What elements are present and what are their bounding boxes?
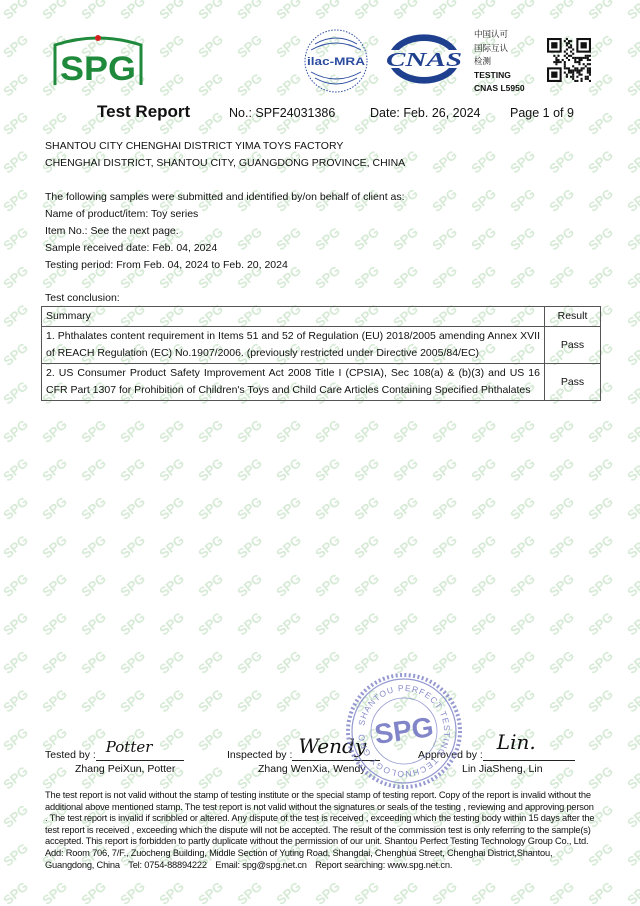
svg-text:SPG: SPG [273, 455, 304, 484]
svg-text:SPG: SPG [0, 763, 31, 792]
svg-text:SPG: SPG [234, 417, 265, 446]
svg-text:SPG: SPG [429, 224, 460, 253]
svg-text:SPG: SPG [312, 879, 343, 906]
svg-text:SPG: SPG [0, 532, 31, 561]
svg-text:SPG: SPG [546, 494, 577, 523]
svg-text:SPG: SPG [624, 532, 640, 561]
svg-text:SPG: SPG [0, 109, 31, 138]
svg-text:SPG: SPG [234, 609, 265, 638]
svg-text:SPG: SPG [39, 417, 70, 446]
svg-text:SPG: SPG [156, 532, 187, 561]
svg-text:SPG: SPG [117, 0, 148, 22]
svg-text:SPG: SPG [351, 455, 382, 484]
svg-text:SPG: SPG [429, 417, 460, 446]
svg-text:SPG: SPG [390, 879, 421, 906]
svg-text:SPG: SPG [39, 109, 70, 138]
page-indicator: Page 1 of 9 [510, 106, 574, 120]
svg-text:SPG: SPG [39, 532, 70, 561]
svg-text:SPG: SPG [273, 32, 304, 61]
svg-text:SPG: SPG [624, 224, 640, 253]
qr-code-icon[interactable] [547, 38, 591, 82]
svg-text:SPG: SPG [585, 725, 616, 754]
svg-text:SPG: SPG [585, 686, 616, 715]
svg-text:SPG: SPG [234, 32, 265, 61]
svg-text:SPG: SPG [0, 301, 31, 330]
svg-text:SPG: SPG [624, 301, 640, 330]
svg-text:SPG: SPG [312, 532, 343, 561]
svg-text:SPG: SPG [468, 648, 499, 677]
svg-text:SPG: SPG [0, 224, 31, 253]
report-number: No.: SPF24031386 [229, 106, 335, 120]
svg-text:SPG: SPG [351, 417, 382, 446]
svg-text:SPG: SPG [156, 571, 187, 600]
svg-text:SPG: SPG [429, 147, 460, 176]
result-cell: Pass [545, 364, 601, 401]
table-row: 2. US Consumer Product Safety Improvemen… [42, 364, 601, 401]
approved-signature-line: Lin. [483, 746, 575, 761]
svg-text:SPG: SPG [351, 571, 382, 600]
footer-disclaimer: The test report is not valid without the… [45, 790, 598, 871]
svg-text:SPG: SPG [585, 224, 616, 253]
client-block: SHANTOU CITY CHENGHAI DISTRICT YIMA TOYS… [45, 138, 405, 172]
samples-intro: The following samples were submitted and… [45, 189, 405, 206]
svg-text:SPG: SPG [0, 840, 31, 869]
approved-signature: Lin. [497, 730, 536, 754]
svg-text:SPG: SPG [0, 455, 31, 484]
item-number: Item No.: See the next page. [45, 223, 405, 240]
svg-text:SPG: SPG [0, 0, 31, 22]
svg-text:SPG: SPG [0, 70, 31, 99]
svg-text:SPG: SPG [195, 455, 226, 484]
svg-text:SPG: SPG [195, 32, 226, 61]
svg-text:SPG: SPG [351, 609, 382, 638]
svg-text:SPG: SPG [234, 686, 265, 715]
cnas-accreditation-text: 中国认可 国际互认 检测 TESTING CNAS L5950 [474, 28, 525, 96]
svg-text:SPG: SPG [507, 686, 538, 715]
svg-text:SPG: SPG [390, 494, 421, 523]
ilac-mra-logo: ilac-MRA [303, 28, 369, 94]
svg-text:SPG: SPG [468, 186, 499, 215]
svg-text:SPG: SPG [390, 417, 421, 446]
svg-text:SPG: SPG [585, 763, 616, 792]
svg-text:SPG: SPG [624, 763, 640, 792]
svg-text:SPG: SPG [429, 263, 460, 292]
svg-text:SPG: SPG [195, 686, 226, 715]
svg-text:SPG: SPG [234, 455, 265, 484]
svg-text:SPG: SPG [624, 725, 640, 754]
svg-text:SPG: SPG [0, 609, 31, 638]
svg-text:SPG: SPG [429, 609, 460, 638]
svg-text:SPG: SPG [312, 417, 343, 446]
svg-text:SPG: SPG [624, 455, 640, 484]
svg-text:SPG: SPG [117, 571, 148, 600]
svg-text:SPG: SPG [624, 32, 640, 61]
svg-text:SPG: SPG [156, 417, 187, 446]
svg-text:SPG: SPG [234, 648, 265, 677]
result-header: Result [545, 307, 601, 327]
svg-text:SPG: SPG [195, 879, 226, 906]
svg-text:SPG: SPG [195, 417, 226, 446]
svg-text:SPG: SPG [507, 494, 538, 523]
testing-label: TESTING [474, 69, 525, 83]
client-name: SHANTOU CITY CHENGHAI DISTRICT YIMA TOYS… [45, 138, 405, 155]
svg-text:SPG: SPG [624, 147, 640, 176]
svg-text:SPG: SPG [585, 147, 616, 176]
tested-by-label: Tested by : [45, 749, 96, 761]
svg-text:SPG: SPG [624, 417, 640, 446]
svg-text:SPG: SPG [78, 571, 109, 600]
svg-text:SPG: SPG [195, 70, 226, 99]
svg-text:SPG: SPG [273, 609, 304, 638]
tested-signature: Potter [106, 738, 153, 756]
svg-text:SPG: SPG [468, 609, 499, 638]
svg-text:SPG: SPG [0, 802, 31, 831]
tester-name: Zhang PeiXun, Potter [45, 761, 184, 777]
svg-text:SPG: SPG [78, 609, 109, 638]
svg-text:SPG: SPG [39, 455, 70, 484]
spg-logo: SPG [52, 33, 144, 87]
result-cell: Pass [545, 327, 601, 364]
cnas-logo: CNAS [383, 30, 465, 88]
svg-text:SPG: SPG [39, 571, 70, 600]
svg-text:SPG: SPG [273, 686, 304, 715]
svg-text:SPG: SPG [78, 417, 109, 446]
summary-header: Summary [42, 307, 545, 327]
svg-text:SPG: SPG [312, 648, 343, 677]
svg-text:SPG: SPG [117, 455, 148, 484]
svg-text:SPG: SPG [234, 879, 265, 906]
svg-text:SPG: SPG [624, 686, 640, 715]
svg-text:SPG: SPG [195, 763, 226, 792]
svg-text:SPG: SPG [78, 0, 109, 22]
svg-text:SPG: SPG [0, 263, 31, 292]
summary-cell: 1. Phthalates content requirement in Ite… [42, 327, 545, 364]
svg-text:SPG: SPG [156, 686, 187, 715]
svg-text:SPG: SPG [351, 494, 382, 523]
tel-text: Tel: 0754-88894222 [128, 860, 207, 870]
cnas-number: CNAS L5950 [474, 82, 525, 96]
svg-text:SPG: SPG [273, 417, 304, 446]
svg-text:SPG: SPG [351, 532, 382, 561]
svg-text:SPG: SPG [0, 378, 31, 407]
svg-text:SPG: SPG [624, 840, 640, 869]
svg-text:SPG: SPG [546, 147, 577, 176]
svg-text:SPG: SPG [156, 70, 187, 99]
svg-text:SPG: SPG [78, 686, 109, 715]
svg-text:SPG: SPG [507, 417, 538, 446]
svg-text:SPG: SPG [0, 571, 31, 600]
svg-text:SPG: SPG [195, 609, 226, 638]
tested-signature-line: Potter [96, 746, 184, 761]
svg-text:SPG: SPG [39, 494, 70, 523]
svg-text:SPG: SPG [117, 648, 148, 677]
cn-line-2: 国际互认 [474, 42, 525, 56]
svg-text:SPG: SPG [507, 147, 538, 176]
svg-text:SPG: SPG [507, 263, 538, 292]
svg-text:SPG: SPG [546, 686, 577, 715]
svg-text:SPG: SPG [624, 571, 640, 600]
svg-text:SPG: SPG [429, 532, 460, 561]
conclusion-table: Summary Result 1. Phthalates content req… [41, 306, 601, 401]
company-seal-stamp: SHANTOU PERFECT TESTING TECHNOLOGY GROUP… [345, 672, 463, 790]
svg-text:SPG: SPG [117, 686, 148, 715]
svg-text:SPG: SPG [624, 0, 640, 22]
svg-text:SPG: SPG [546, 417, 577, 446]
svg-text:SPG: SPG [234, 70, 265, 99]
table-row: 1. Phthalates content requirement in Ite… [42, 327, 601, 364]
svg-text:SPG: SPG [585, 263, 616, 292]
svg-text:SPG: SPG [234, 0, 265, 22]
svg-text:SPG: SPG [507, 455, 538, 484]
svg-text:SPG: SPG [312, 571, 343, 600]
svg-text:SPG: SPG [585, 109, 616, 138]
svg-text:SPG: SPG [60, 50, 136, 87]
svg-text:SPG: SPG [624, 609, 640, 638]
svg-text:SPG: SPG [78, 648, 109, 677]
svg-text:SPG: SPG [273, 494, 304, 523]
svg-text:SPG: SPG [546, 648, 577, 677]
svg-text:SPG: SPG [390, 532, 421, 561]
email-link[interactable]: Email: spg@spg.net.cn [215, 860, 307, 870]
svg-text:SPG: SPG [0, 340, 31, 369]
svg-text:SPG: SPG [546, 186, 577, 215]
svg-text:SPG: SPG [624, 378, 640, 407]
table-header-row: Summary Result [42, 307, 601, 327]
svg-text:SPG: SPG [156, 879, 187, 906]
cn-line-1: 中国认可 [474, 28, 525, 42]
svg-text:SPG: SPG [546, 532, 577, 561]
svg-text:SPG: SPG [507, 609, 538, 638]
svg-text:SPG: SPG [351, 0, 382, 22]
svg-text:SPG: SPG [624, 70, 640, 99]
svg-text:SPG: SPG [546, 879, 577, 906]
svg-text:SPG: SPG [195, 725, 226, 754]
svg-text:SPG: SPG [117, 609, 148, 638]
report-title: Test Report [97, 102, 190, 122]
svg-text:SPG: SPG [78, 455, 109, 484]
svg-text:SPG: SPG [372, 711, 435, 750]
product-name: Name of product/item: Toy series [45, 206, 405, 223]
report-date: Date: Feb. 26, 2024 [370, 106, 481, 120]
svg-text:SPG: SPG [585, 0, 616, 22]
svg-text:SPG: SPG [234, 532, 265, 561]
svg-text:SPG: SPG [195, 648, 226, 677]
svg-text:SPG: SPG [78, 494, 109, 523]
svg-text:SPG: SPG [117, 417, 148, 446]
svg-text:SPG: SPG [351, 879, 382, 906]
svg-text:SPG: SPG [0, 686, 31, 715]
svg-text:SPG: SPG [0, 879, 31, 906]
svg-text:SPG: SPG [234, 571, 265, 600]
svg-text:SPG: SPG [0, 648, 31, 677]
svg-text:SPG: SPG [273, 648, 304, 677]
svg-text:SPG: SPG [312, 686, 343, 715]
svg-text:SPG: SPG [429, 186, 460, 215]
svg-text:SPG: SPG [507, 648, 538, 677]
svg-text:SPG: SPG [156, 32, 187, 61]
svg-text:SPG: SPG [0, 147, 31, 176]
svg-text:SPG: SPG [234, 494, 265, 523]
svg-text:SPG: SPG [312, 0, 343, 22]
svg-text:SPG: SPG [429, 879, 460, 906]
svg-text:SPG: SPG [585, 648, 616, 677]
svg-text:SPG: SPG [507, 532, 538, 561]
svg-text:SPG: SPG [0, 494, 31, 523]
svg-text:SPG: SPG [78, 879, 109, 906]
svg-text:SPG: SPG [273, 0, 304, 22]
svg-text:SPG: SPG [39, 648, 70, 677]
svg-text:SPG: SPG [507, 879, 538, 906]
conclusion-label: Test conclusion: [45, 290, 120, 307]
svg-text:SPG: SPG [624, 648, 640, 677]
svg-text:SPG: SPG [273, 571, 304, 600]
svg-text:SPG: SPG [429, 0, 460, 22]
svg-text:SPG: SPG [624, 879, 640, 906]
svg-text:SPG: SPG [468, 263, 499, 292]
svg-text:SPG: SPG [585, 417, 616, 446]
inspected-by-label: Inspected by : [227, 749, 292, 761]
svg-text:CNAS: CNAS [386, 49, 462, 71]
svg-text:SPG: SPG [546, 263, 577, 292]
svg-text:SPG: SPG [507, 0, 538, 22]
svg-text:SPG: SPG [429, 455, 460, 484]
svg-text:SPG: SPG [0, 725, 31, 754]
svg-text:SPG: SPG [624, 802, 640, 831]
report-search-link[interactable]: Report searching: www.spg.net.cn. [315, 860, 452, 870]
svg-text:SPG: SPG [468, 417, 499, 446]
svg-text:SPG: SPG [39, 686, 70, 715]
svg-text:SPG: SPG [156, 455, 187, 484]
svg-text:SPG: SPG [273, 879, 304, 906]
svg-text:SPG: SPG [585, 532, 616, 561]
svg-text:SPG: SPG [39, 0, 70, 22]
svg-text:SPG: SPG [468, 879, 499, 906]
svg-text:SPG: SPG [390, 455, 421, 484]
svg-text:SPG: SPG [585, 609, 616, 638]
cn-line-3: 检测 [474, 55, 525, 69]
svg-text:SPG: SPG [429, 494, 460, 523]
summary-cell: 2. US Consumer Product Safety Improvemen… [42, 364, 545, 401]
svg-text:SPG: SPG [0, 32, 31, 61]
svg-text:SPG: SPG [195, 571, 226, 600]
svg-text:SPG: SPG [312, 494, 343, 523]
svg-text:SPG: SPG [39, 609, 70, 638]
svg-text:SPG: SPG [585, 494, 616, 523]
svg-text:SPG: SPG [585, 571, 616, 600]
svg-text:SPG: SPG [468, 147, 499, 176]
svg-text:SPG: SPG [156, 648, 187, 677]
svg-text:SPG: SPG [624, 263, 640, 292]
svg-text:SPG: SPG [585, 879, 616, 906]
svg-text:SPG: SPG [468, 686, 499, 715]
svg-text:SPG: SPG [624, 109, 640, 138]
company-address: Add: Room 706, 7/F., Zuocheng Building, … [45, 848, 598, 871]
svg-text:SPG: SPG [195, 494, 226, 523]
svg-text:SPG: SPG [468, 0, 499, 22]
svg-text:SPG: SPG [624, 340, 640, 369]
svg-text:SPG: SPG [468, 494, 499, 523]
svg-text:SPG: SPG [429, 571, 460, 600]
client-address: CHENGHAI DISTRICT, SHANTOU CITY, GUANGDO… [45, 155, 405, 172]
svg-text:SPG: SPG [273, 70, 304, 99]
svg-text:SPG: SPG [117, 879, 148, 906]
svg-text:SPG: SPG [0, 417, 31, 446]
svg-text:SPG: SPG [195, 0, 226, 22]
svg-text:SPG: SPG [468, 532, 499, 561]
svg-text:SPG: SPG [0, 186, 31, 215]
svg-text:SPG: SPG [39, 879, 70, 906]
disclaimer-text: The test report is not valid without the… [45, 790, 598, 848]
svg-text:SPG: SPG [312, 609, 343, 638]
svg-text:SPG: SPG [546, 224, 577, 253]
svg-text:SPG: SPG [195, 532, 226, 561]
svg-text:SPG: SPG [117, 494, 148, 523]
svg-text:SPG: SPG [507, 224, 538, 253]
svg-text:SPG: SPG [468, 224, 499, 253]
svg-text:SPG: SPG [585, 455, 616, 484]
svg-text:SPG: SPG [507, 571, 538, 600]
svg-text:SPG: SPG [624, 186, 640, 215]
svg-text:SPG: SPG [156, 494, 187, 523]
svg-text:SPG: SPG [546, 609, 577, 638]
svg-text:SPG: SPG [624, 494, 640, 523]
svg-text:SPG: SPG [585, 186, 616, 215]
tested-by-block: Tested by :Potter Zhang PeiXun, Potter [45, 746, 184, 777]
sample-info: The following samples were submitted and… [45, 189, 405, 274]
svg-text:SPG: SPG [156, 609, 187, 638]
svg-text:SPG: SPG [546, 455, 577, 484]
svg-text:SPG: SPG [468, 571, 499, 600]
svg-text:SPG: SPG [390, 0, 421, 22]
svg-text:SPG: SPG [390, 571, 421, 600]
svg-text:SPG: SPG [195, 109, 226, 138]
svg-text:SPG: SPG [390, 609, 421, 638]
testing-period: Testing period: From Feb. 04, 2024 to Fe… [45, 257, 405, 274]
received-date: Sample received date: Feb. 04, 2024 [45, 240, 405, 257]
svg-text:ilac-MRA: ilac-MRA [307, 56, 365, 68]
svg-text:SPG: SPG [312, 455, 343, 484]
svg-text:SPG: SPG [117, 532, 148, 561]
svg-text:SPG: SPG [468, 455, 499, 484]
svg-text:SPG: SPG [78, 532, 109, 561]
svg-text:SPG: SPG [156, 0, 187, 22]
svg-text:SPG: SPG [546, 571, 577, 600]
svg-text:SPG: SPG [546, 0, 577, 22]
svg-text:SPG: SPG [273, 532, 304, 561]
svg-text:SPG: SPG [507, 186, 538, 215]
